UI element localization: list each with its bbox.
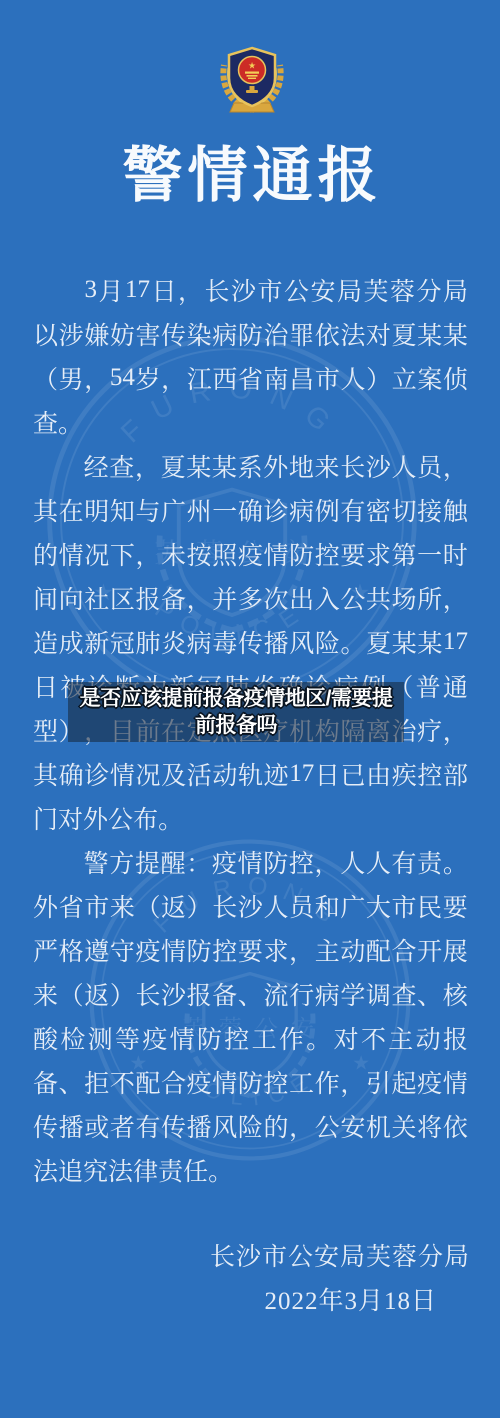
notice-line: 造成新冠肺炎病毒传播风险。夏某某17 [33, 620, 468, 664]
notice-line: 备、拒不配合疫情防控工作，引起疫情 [33, 1060, 468, 1104]
notice-poster: FURONG POLICE ★ ★ 芙 蓉 公 安 FURONG POLICE … [0, 0, 500, 1418]
notice-line: 警方提醒：疫情防控，人人有责。 [33, 840, 468, 884]
notice-line: 以涉嫌妨害传染病防治罪依法对夏某某 [33, 312, 468, 356]
overlay-caption: 是否应该提前报备疫情地区/需要提 前报备吗 [68, 682, 404, 742]
footer-issuer: 长沙市公安局芙蓉分局 [210, 1236, 470, 1280]
footer-date: 2022年3月18日 [264, 1280, 437, 1324]
notice-line: 酸检测等疫情防控工作。对不主动报 [33, 1016, 468, 1060]
notice-line: 其确诊情况及活动轨迹17日已由疾控部 [33, 752, 468, 796]
notice-line: （男，54岁，江西省南昌市人）立案侦 [33, 356, 468, 400]
notice-line: 其在明知与广州一确诊病例有密切接触 [33, 488, 468, 532]
overlay-caption-line2: 前报备吗 [68, 712, 404, 739]
notice-line: 法追究法律责任。 [33, 1148, 468, 1192]
police-emblem-icon: ★ [216, 40, 288, 116]
notice-title: 警情通报 [0, 140, 500, 212]
notice-line: 来（返）长沙报备、流行病学调查、核 [33, 972, 468, 1016]
notice-line: 查。 [33, 400, 468, 444]
notice-line: 门对外公布。 [33, 796, 468, 840]
overlay-caption-line1: 是否应该提前报备疫情地区/需要提 [68, 685, 404, 712]
notice-line: 严格遵守疫情防控要求，主动配合开展 [33, 928, 468, 972]
notice-line: 传播或者有传播风险的，公安机关将依 [33, 1104, 468, 1148]
notice-line: 的情况下，未按照疫情防控要求第一时 [33, 532, 468, 576]
notice-line: 外省市来（返）长沙人员和广大市民要 [33, 884, 468, 928]
notice-line: 经查，夏某某系外地来长沙人员， [33, 444, 468, 488]
notice-line: 3月17日，长沙市公安局芙蓉分局 [33, 268, 468, 312]
notice-line: 间向社区报备，并多次出入公共场所， [33, 576, 468, 620]
badge-star-icon: ★ [248, 61, 256, 71]
